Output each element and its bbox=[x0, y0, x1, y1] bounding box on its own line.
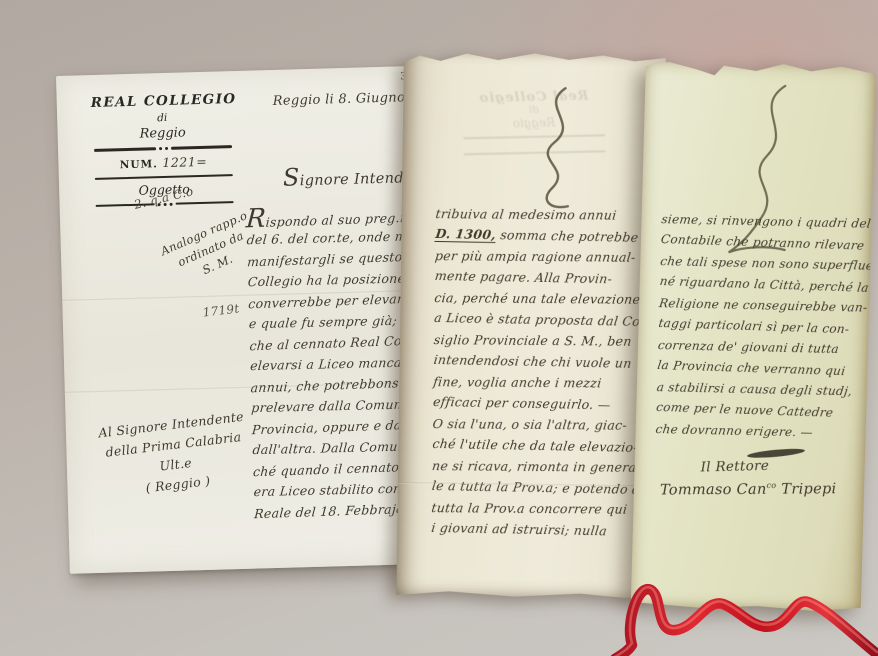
letter-body: tribuiva al medesimo annui D. 1300, somm… bbox=[431, 202, 648, 541]
handwritten-text: somma che potrebbe bbox=[495, 227, 639, 245]
handwritten-line: i giovani ad istruirsi; nulla bbox=[430, 517, 644, 542]
signature: Tommaso Canco Tripepi bbox=[660, 480, 837, 498]
handwritten-line: fine, voglia anche i mezzi bbox=[432, 371, 647, 394]
handwritten-line: le a tutta la Prov.a; e potendo da bbox=[431, 475, 645, 500]
manuscript-photo: REAL COLLEGIO di Reggio NUM. 1221= Ogget… bbox=[0, 0, 878, 656]
handwritten-text: elevarsi a Liceo mancano bbox=[250, 354, 423, 373]
letterhead-title: REAL COLLEGIO bbox=[91, 91, 233, 111]
underlined-amount: D. 1300, bbox=[434, 226, 497, 243]
letterhead-di: di bbox=[91, 110, 233, 126]
handwritten-line: tribuiva al medesimo annui bbox=[434, 203, 649, 226]
handwritten-line: ne si ricava, rimonta in genera- bbox=[431, 455, 646, 478]
handwritten-line: mente pagare. Alla Provin- bbox=[434, 265, 648, 290]
decorative-rule bbox=[95, 174, 233, 179]
num-line: NUM. 1221= bbox=[92, 153, 234, 172]
letter-body: sieme, si rinvengono i quadri del Contab… bbox=[655, 208, 859, 444]
red-ribbon bbox=[594, 566, 878, 656]
decorative-rule bbox=[94, 145, 232, 152]
handwritten-number: 1221= bbox=[162, 154, 207, 170]
manuscript-page-3: sieme, si rinvengono i quadri del Contab… bbox=[631, 58, 876, 612]
signature-text: Tommaso Can bbox=[660, 482, 767, 499]
recipient-address: Al Signore Intendente della Prima Calabr… bbox=[85, 405, 265, 504]
handwritten-line: cia, perché una tale elevazione bbox=[433, 287, 648, 310]
handwritten-line: D. 1300, somma che potrebbe bbox=[434, 223, 648, 248]
handwritten-line: efficaci per conseguirlo. — bbox=[432, 391, 646, 416]
handwritten-line: tutta la Prov.a concorrere qui bbox=[430, 497, 645, 520]
signature-text: Tripepi bbox=[776, 481, 836, 497]
handwritten-line: che dovranno erigere. — bbox=[654, 419, 855, 444]
manuscript-page-2: Real Collegio di Reggio tribuiva al mede… bbox=[396, 50, 666, 599]
letterhead-city: Reggio bbox=[91, 124, 233, 143]
closing-title: Il Rettore bbox=[700, 458, 769, 476]
handwritten-line: O sia l'una, o sia l'altra, giac- bbox=[432, 413, 647, 436]
num-label: NUM. bbox=[120, 158, 158, 171]
handwritten-line: intendendosi che chi vuole un bbox=[432, 349, 646, 374]
handwritten-line: a Liceo è stata proposta dal Con- bbox=[433, 307, 647, 332]
handwritten-line: per più ampia ragione annual- bbox=[434, 245, 649, 268]
ink-flourish bbox=[520, 84, 592, 220]
handwritten-line: siglio Provinciale a S. M., ben bbox=[433, 329, 648, 352]
registry-number: 1719t bbox=[202, 301, 240, 319]
handwritten-line: ché l'utile che da tale elevazio- bbox=[431, 433, 645, 458]
